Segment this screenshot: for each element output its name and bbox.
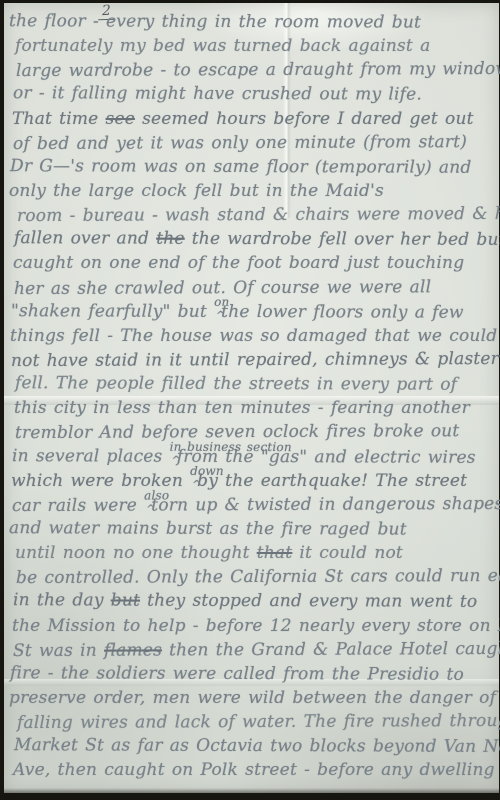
letter-line: Ave, then caught on Polk street - before… xyxy=(13,758,499,782)
letter-text: falling wires and lack of water. The fir… xyxy=(17,711,500,733)
letter-line: St was in flames then the Grand & Palace… xyxy=(13,637,500,663)
letter-line: or - it falling might have crushed out m… xyxy=(13,82,499,108)
letter-line: large wardrobe - to escape a draught fro… xyxy=(16,57,500,83)
letter-line: which were broken down^ by the earthquak… xyxy=(11,469,499,493)
letter-text: large wardrobe - to escape a draught fro… xyxy=(16,59,500,81)
letter-text: car rails were xyxy=(12,495,144,516)
letter-text: seemed hours before I dared get out xyxy=(135,109,474,129)
letter-text: Ave, then caught on Polk street - before… xyxy=(13,760,500,780)
letter-text: caught on one end of the foot board just… xyxy=(13,253,464,273)
letter-text: fallen over and xyxy=(14,228,156,248)
letter-photo: 2 the floor - every thing in the room mo… xyxy=(0,0,500,800)
letter-line: fell. The people filled the streets in e… xyxy=(15,371,499,397)
letter-line: in several places in business section^ f… xyxy=(12,444,499,470)
letter-line: the floor - every thing in the room move… xyxy=(9,9,499,35)
struck-text: but xyxy=(111,591,140,611)
letter-line: fortunately my bed was turned back again… xyxy=(15,34,499,58)
letter-text: be controlled. Only the California St ca… xyxy=(16,566,500,588)
paper-edge-shadow xyxy=(4,788,499,793)
letter-text: by the earthquake! The street xyxy=(190,471,467,491)
letter-text: the lower floors only a few xyxy=(214,302,464,323)
letter-body: the floor - every thing in the room move… xyxy=(9,10,499,783)
letter-line: not have staid in it until repaired, chi… xyxy=(11,347,500,373)
letter-line: falling wires and lack of water. The fir… xyxy=(17,709,500,735)
letter-text: and water mains burst as the fire raged … xyxy=(9,518,407,539)
letter-line: until noon no one thought that it could … xyxy=(15,541,499,565)
letter-text: only the large clock fell but in the Mai… xyxy=(9,181,384,201)
letter-text: St was in xyxy=(13,640,104,660)
letter-line: fallen over and the the wardrobe fell ov… xyxy=(14,226,499,252)
letter-text: they stopped and every man went to xyxy=(140,591,477,612)
letter-text: until noon no one thought xyxy=(15,543,257,563)
letter-text: Market St as far as Octavia two blocks b… xyxy=(14,735,500,757)
letter-line: room - bureau - wash stand & chairs were… xyxy=(17,202,500,228)
letter-line: Market St as far as Octavia two blocks b… xyxy=(14,733,499,759)
letter-line: this city in less than ten minutes - fea… xyxy=(14,396,499,420)
letter-line: Dr G—'s room was on same floor (temporar… xyxy=(10,154,499,180)
letter-text: or - it falling might have crushed out m… xyxy=(13,84,422,105)
letter-text: this city in less than ten minutes - fea… xyxy=(14,398,470,418)
letter-line: preserve order, men were wild between th… xyxy=(9,686,499,710)
letter-text: the Mission to help - before 12 nearly e… xyxy=(12,616,500,636)
letter-line: in the day but they stopped and every ma… xyxy=(13,589,499,615)
letter-text: the wardrobe fell over her bed but xyxy=(185,229,500,250)
struck-text: see xyxy=(106,109,135,129)
letter-text: fortunately my bed was turned back again… xyxy=(15,36,430,56)
letter-line: and water mains burst as the fire raged … xyxy=(9,516,499,542)
letter-text: then the Grand & Palace Hotel caught xyxy=(162,639,500,661)
letter-line: car rails were also^ torn up & twisted i… xyxy=(12,492,500,518)
letter-text: fire - the soldiers were called from the… xyxy=(10,663,464,685)
letter-text: fell. The people filled the streets in e… xyxy=(15,373,457,395)
letter-line: be controlled. Only the California St ca… xyxy=(16,564,500,590)
letter-line: That time see seemed hours before I dare… xyxy=(12,107,499,131)
letter-text: in several places xyxy=(12,446,170,467)
letter-line: caught on one end of the foot board just… xyxy=(13,251,499,275)
letter-text: room - bureau - wash stand & chairs were… xyxy=(17,204,500,226)
letter-line: "shaken fearfully" but on^ the lower flo… xyxy=(11,299,499,325)
letter-text: That time xyxy=(12,109,106,129)
letter-text: things fell - The house was so damaged t… xyxy=(10,326,497,346)
letter-text: of bed and yet it was only one minute (f… xyxy=(13,132,467,154)
letter-page: 2 the floor - every thing in the room mo… xyxy=(4,3,499,793)
letter-line: only the large clock fell but in the Mai… xyxy=(9,179,499,203)
caret-mark: ^ xyxy=(216,304,226,328)
letter-text: preserve order, men were wild between th… xyxy=(9,688,500,708)
letter-text: not have staid in it until repaired, chi… xyxy=(11,349,499,371)
letter-text: in the day xyxy=(13,591,111,611)
letter-text: Dr G—'s room was on same floor (temporar… xyxy=(10,156,472,178)
letter-text: it could not xyxy=(292,543,403,563)
letter-line: her as she crawled out. Of course we wer… xyxy=(14,274,500,300)
letter-line: the Mission to help - before 12 nearly e… xyxy=(12,614,499,638)
letter-line: fire - the soldiers were called from the… xyxy=(10,661,499,687)
caret-mark: ^ xyxy=(172,448,182,472)
struck-text: the xyxy=(156,229,185,249)
struck-text: flames xyxy=(104,640,162,660)
letter-text: torn up & twisted in dangerous shapes xyxy=(144,494,500,516)
letter-line: of bed and yet it was only one minute (f… xyxy=(13,130,500,156)
letter-text: the floor - every thing in the room move… xyxy=(9,11,421,32)
struck-text: that xyxy=(257,543,293,563)
letter-line: things fell - The house was so damaged t… xyxy=(10,324,499,348)
letter-text: "shaken fearfully" but xyxy=(11,301,214,322)
